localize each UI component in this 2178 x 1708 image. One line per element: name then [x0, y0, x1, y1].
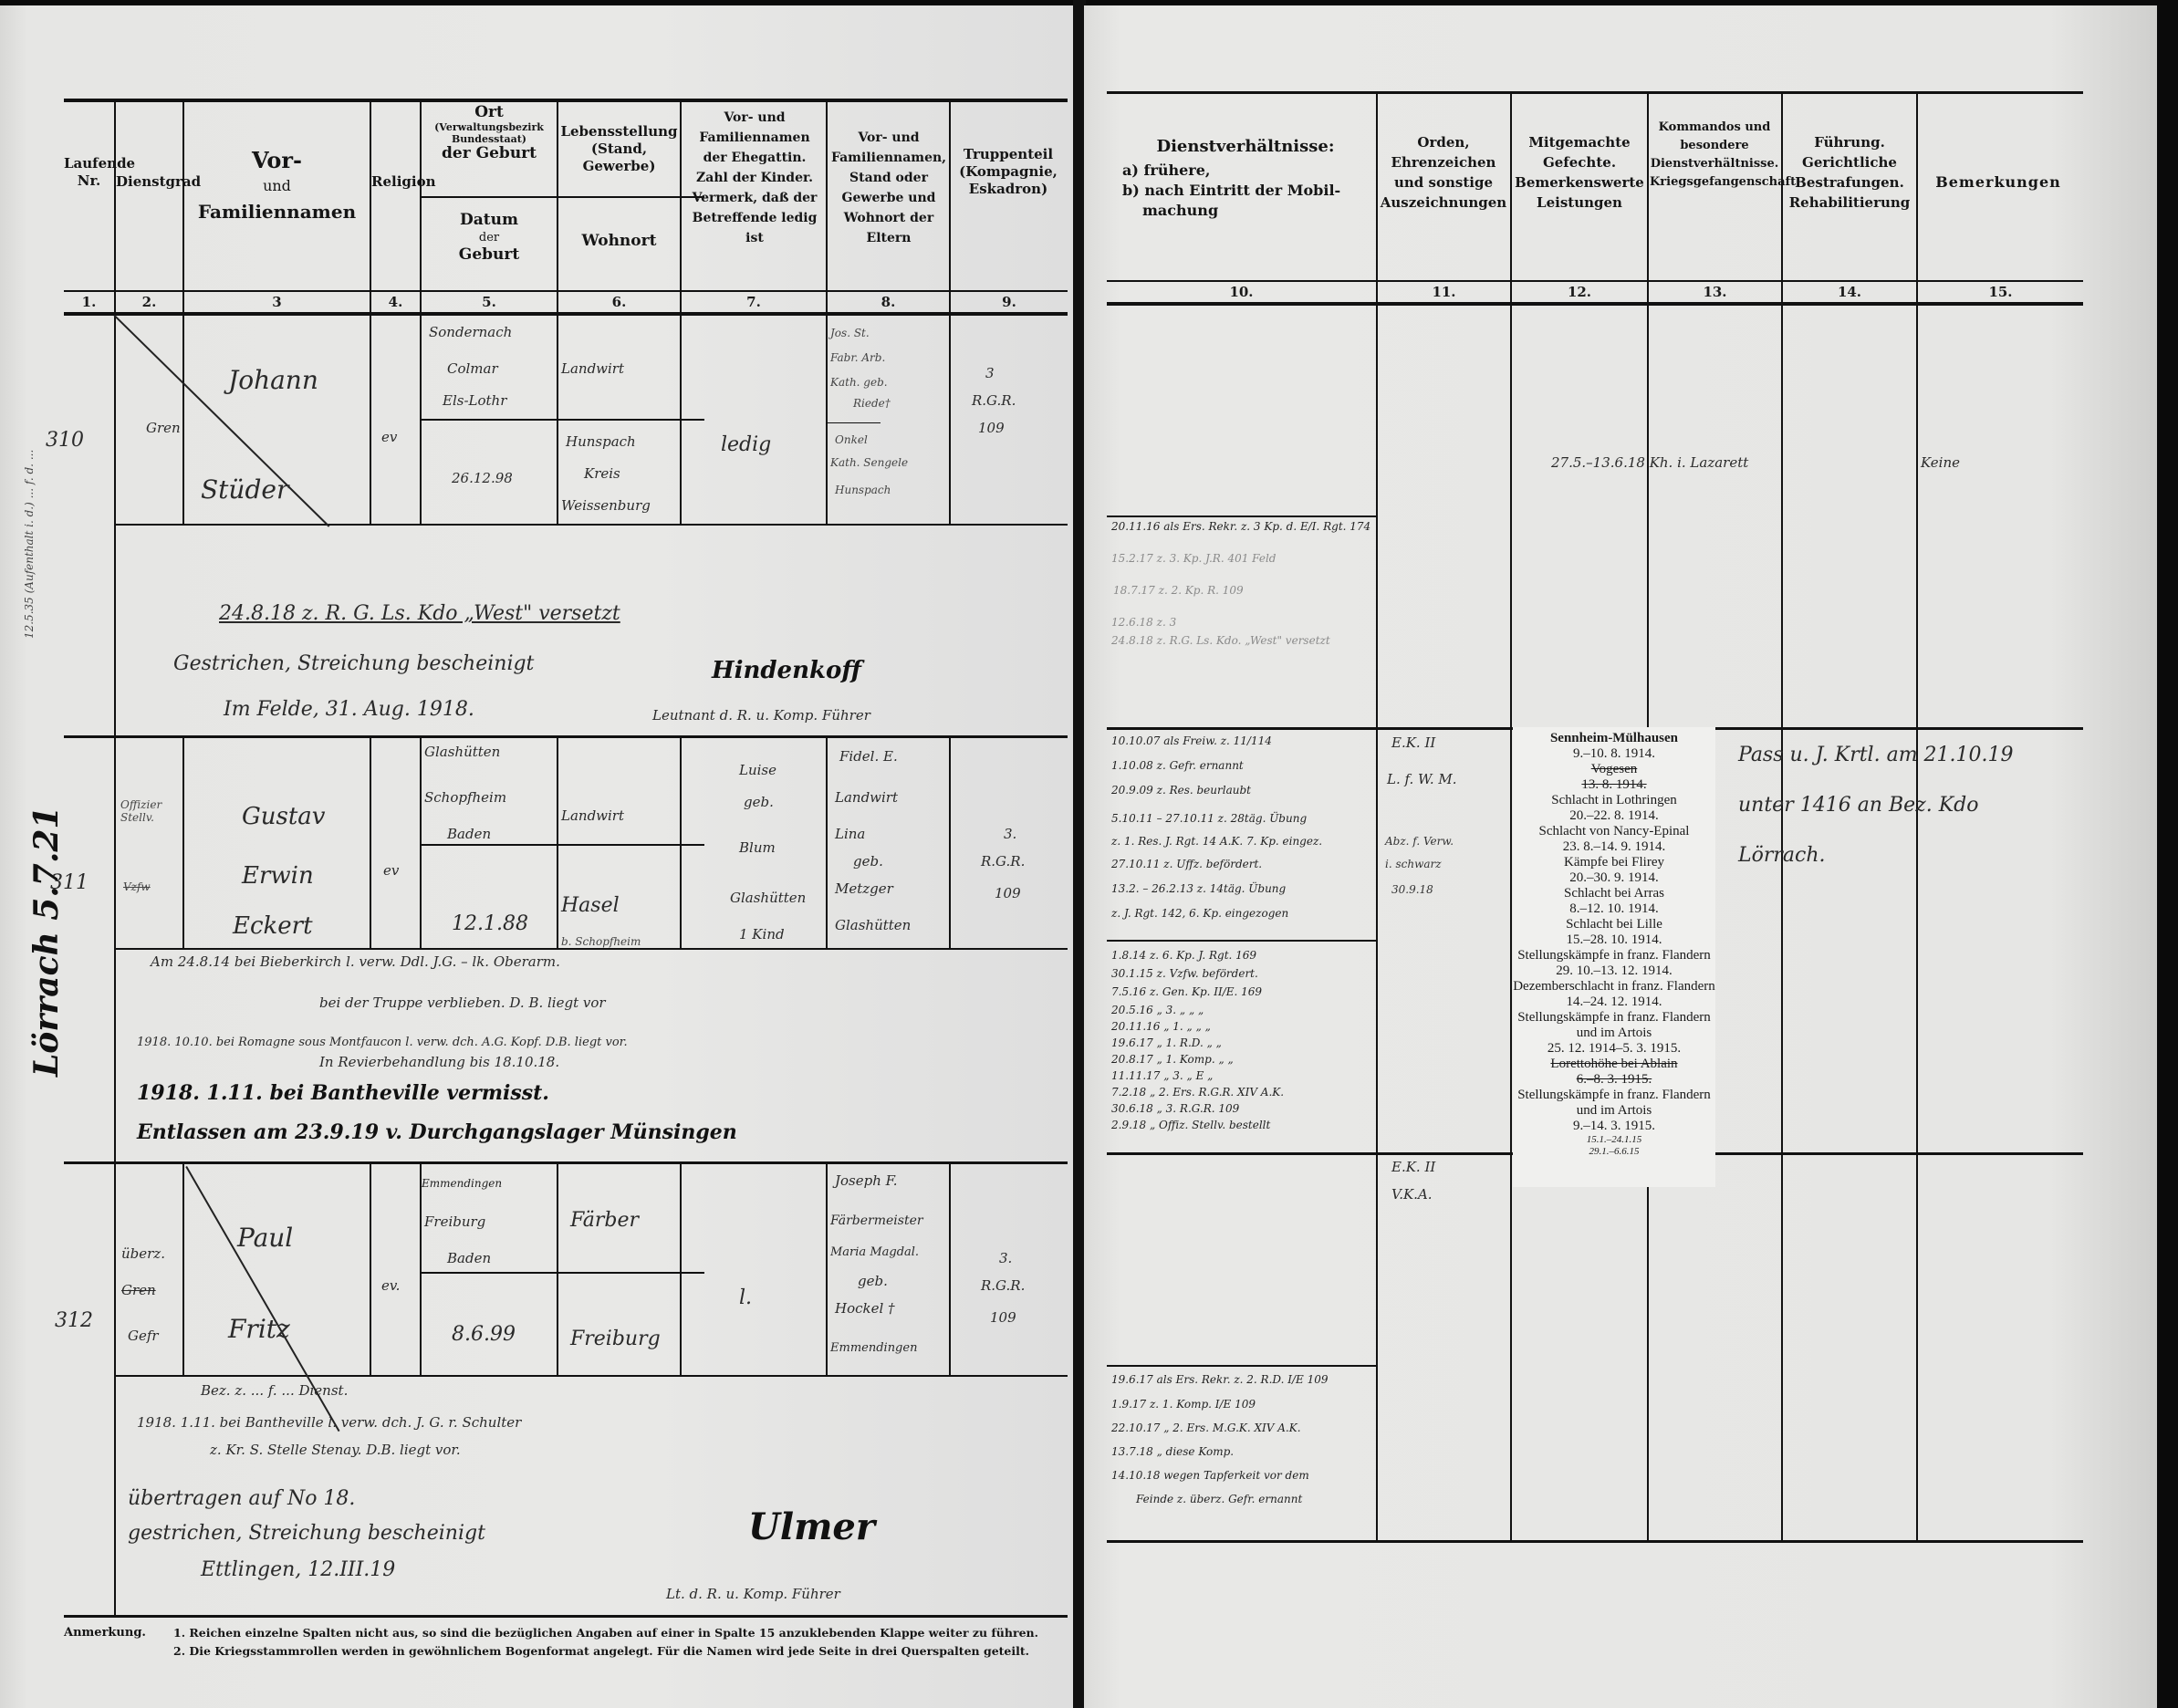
row1-sub-rule [420, 419, 704, 421]
entry-311-last-name: Eckert [233, 912, 313, 940]
r1-col2 [182, 314, 184, 526]
r1-col3 [370, 314, 371, 526]
r312-service-2: 1.9.17 z. 1. Komp. I/E 109 [1111, 1398, 1256, 1411]
entry-310-birth-date: 26.12.98 [452, 470, 513, 486]
r311-service-7: 13.2. – 26.2.13 z. 14täg. Übung [1111, 882, 1286, 895]
colnum-9: 9. [951, 294, 1068, 310]
entry-310-remark-1: 24.8.18 z. R. G. Ls. Kdo „West" versetzt [219, 602, 620, 625]
r2-col8 [949, 738, 951, 950]
entry-311-parents-2: Landwirt [835, 789, 898, 806]
colnum-8: 8. [828, 294, 949, 310]
entry-312-birthplace-3: Baden [447, 1250, 491, 1266]
row1-inner-rule [114, 524, 1068, 526]
entry-311-parents-1: Fidel. E. [839, 748, 898, 765]
r2-col3 [370, 738, 371, 950]
header-split-rule [420, 196, 704, 198]
r1-col6 [680, 314, 682, 526]
entry-312-parents-4: geb. [858, 1273, 888, 1289]
r1-col7 [826, 314, 828, 526]
r311-decoration-5: 30.9.18 [1391, 883, 1433, 896]
right-top-rule [1107, 91, 2083, 94]
entry-312-remark-5: gestrichen, Streichung bescheinigt [128, 1522, 485, 1545]
entry-310-remark-2: Gestrichen, Streichung bescheinigt [173, 652, 534, 675]
colnum-13: 13. [1649, 284, 1781, 300]
entry-312-first-name: Paul [237, 1223, 293, 1253]
footnote-label: Anmerkung. [64, 1624, 146, 1642]
entry-312-unit-1: 3. [999, 1250, 1012, 1266]
entry-312-occupation: Färber [570, 1209, 639, 1232]
header-col6-top: Lebensstellung (Stand, Gewerbe) [558, 123, 680, 175]
colnum-11: 11. [1378, 284, 1510, 300]
r312-service-4: 13.7.18 „ diese Komp. [1111, 1445, 1234, 1458]
entry-312-parents-3: Maria Magdal. [830, 1245, 919, 1259]
left-num-rule [64, 290, 1068, 292]
entry-310-parents-7: Hunspach [835, 484, 891, 496]
r312-service-3: 22.10.17 „ 2. Ers. M.G.K. XIV A.K. [1111, 1422, 1301, 1434]
r312-service-1: 19.6.17 als Ers. Rekr. z. 2. R.D. I/E 10… [1111, 1373, 1328, 1386]
r2-col2 [182, 738, 184, 950]
colnum-1: 1. [64, 294, 114, 310]
entry-310-unit-2: R.G.R. [972, 392, 1016, 409]
r310-service-2: 15.2.17 z. 3. Kp. J.R. 401 Feld [1111, 552, 1276, 565]
entry-310-rank: Gren [146, 420, 181, 436]
entry-310-remark-3: Im Felde, 31. Aug. 1918. [224, 698, 474, 721]
entry-311-parents-4: geb. [853, 853, 883, 870]
r311-remark-col15-3: Lörrach. [1738, 844, 1826, 867]
entry-310-residence-3: Weissenburg [561, 497, 651, 514]
colnum-5: 5. [422, 294, 557, 310]
entry-311-spouse-2: geb. [744, 794, 774, 810]
entry-310-parents-2: Fabr. Arb. [830, 351, 885, 364]
entry-312-signature: Ulmer [748, 1505, 875, 1548]
right-bottom-rule [1107, 1540, 2083, 1543]
entry-310-parents-6: Kath. Sengele [830, 456, 908, 469]
entry-310-parents-1: Jos. St. [830, 327, 870, 339]
entry-310-parents-4: Riede† [853, 397, 891, 410]
entry-310-unit-1: 3 [985, 365, 995, 381]
r310-commands: 27.5.–13.6.18 Kh. i. Lazarett [1551, 454, 1748, 471]
header-col7: Vor- und Familiennamen der Ehegattin. Za… [686, 108, 823, 248]
col-line-7h [826, 99, 828, 314]
r311-remark-col15-1: Pass u. J. Krtl. am 21.10.19 [1738, 744, 2014, 766]
colnum-12: 12. [1512, 284, 1647, 300]
entry-310-parents-3: Kath. geb. [830, 376, 888, 389]
r-col-line-11 [1510, 91, 1512, 1542]
col-line-3h [370, 99, 371, 314]
r-col-line-14 [1916, 91, 1918, 1542]
r1-col8 [949, 314, 951, 526]
entry-311-remark-3: 1918. 10.10. bei Romagne sous Montfaucon… [137, 1036, 628, 1049]
entry-310-occupation: Landwirt [561, 360, 624, 377]
r310-service-1: 20.11.16 als Ers. Rekr. z. 3 Kp. d. E/I.… [1111, 520, 1370, 533]
header-col9: Truppenteil (Kompagnie, Eskadron) [954, 146, 1063, 198]
entry-310-birthplace-2: Colmar [447, 360, 498, 377]
r311-service-b-7: 20.8.17 „ 1. Komp. „ „ [1111, 1053, 1234, 1066]
header-col14: Führung. Gerichtliche Bestrafungen. Reha… [1785, 132, 1914, 213]
entry-312-parents-6: Emmendingen [830, 1341, 917, 1355]
colnum-6: 6. [558, 294, 680, 310]
r3-col7 [826, 1164, 828, 1377]
entry-311-birthplace-1: Glashütten [424, 744, 500, 760]
header-col11: Orden, Ehrenzeichen und sonstige Auszeic… [1380, 132, 1507, 213]
r311-service-b-10: 30.6.18 „ 3. R.G.R. 109 [1111, 1102, 1239, 1115]
entry-310-residence-1: Hunspach [566, 433, 636, 450]
r-row3-inner-rule [1107, 1365, 1376, 1367]
entry-312-rank-2: Gren [121, 1282, 156, 1298]
r310-conduct: Keine [1921, 454, 1960, 471]
r311-service-4: 5.10.11 – 27.10.11 z. 28täg. Übung [1111, 812, 1307, 825]
entry-312-remark-6: Ettlingen, 12.III.19 [201, 1558, 395, 1581]
right-header-bottom-rule [1107, 302, 2083, 306]
header-col5-top: Ort (Verwaltungsbezirk Bundesstaat) der … [422, 104, 557, 162]
r312-service-5: 14.10.18 wegen Tapferkeit vor dem [1111, 1469, 1309, 1482]
entry-311-remark-2: bei der Truppe verblieben. D. B. liegt v… [319, 995, 606, 1011]
colnum-4: 4. [371, 294, 420, 310]
entry-311-unit-1: 3. [1004, 826, 1016, 842]
entry-311-birthplace-2: Schopfheim [424, 789, 506, 806]
entry-310-last-name: Stüder [201, 474, 288, 505]
row1-bottom-rule [64, 735, 1068, 738]
entry-311-parents-6: Glashütten [835, 917, 911, 933]
entry-311-rank-struck: Vzfw [123, 880, 151, 893]
r311-service-b-2: 30.1.15 z. Vzfw. befördert. [1111, 967, 1258, 980]
entry-312-parents-2: Färbermeister [830, 1213, 923, 1228]
colnum-10: 10. [1107, 284, 1376, 300]
entry-310-margin-note: 12.5.35 (Aufenthalt i. d.) ... f. d. ... [23, 450, 36, 639]
entry-311-residence-1: Hasel [561, 894, 620, 917]
r-col-line-13 [1781, 91, 1783, 1542]
entry-311-spouse-4: Glashütten [730, 890, 806, 906]
entry-311-remark-6: Entlassen am 23.9.19 v. Durchgangslager … [137, 1120, 737, 1144]
header-col4: Religion [371, 173, 420, 191]
entry-312-parents-5: Hockel † [835, 1300, 895, 1317]
entry-312-remark-4: übertragen auf No 18. [128, 1487, 355, 1510]
entry-310-birthplace-3: Els-Lothr [443, 392, 506, 409]
r310-service-3: 18.7.17 z. 2. Kp. R. 109 [1113, 584, 1244, 597]
entry-311-first-name: Gustav [242, 803, 326, 830]
r3-col3 [370, 1164, 371, 1377]
header-col8: Vor- und Familiennamen, Stand oder Gewer… [830, 128, 947, 248]
row3-inner-rule [114, 1375, 1068, 1377]
row1-parents-rule [826, 422, 881, 423]
r3-col8 [949, 1164, 951, 1377]
r311-service-b-1: 1.8.14 z. 6. Kp. J. Rgt. 169 [1111, 949, 1256, 962]
battles-clipping: Sennheim-Mülhausen 9.–10. 8. 1914. Voges… [1513, 727, 1715, 1187]
r311-service-b-9: 7.2.18 „ 2. Ers. R.G.R. XIV A.K. [1111, 1086, 1284, 1099]
entry-311-remark-5: 1918. 1.11. bei Bantheville vermisst. [137, 1081, 549, 1105]
entry-312-rank-1: überz. [121, 1245, 165, 1262]
entry-311-unit-2: R.G.R. [981, 853, 1025, 870]
entry-311-occupation: Landwirt [561, 807, 624, 824]
row2-inner-rule [114, 948, 1068, 950]
r311-service-6: 27.10.11 z. Uffz. befördert. [1111, 858, 1262, 870]
entry-312-signature-title: Lt. d. R. u. Komp. Führer [666, 1586, 840, 1602]
r2-col6 [680, 738, 682, 950]
entry-310-signature: Hindenkoff [712, 657, 861, 684]
entry-312-birth-date: 8.6.99 [452, 1323, 516, 1346]
entry-312-last-name: Fritz [228, 1314, 290, 1344]
footnote-line-2: 2. Die Kriegsstammrollen werden in gewöh… [173, 1642, 1029, 1661]
r311-service-2: 1.10.08 z. Gefr. ernannt [1111, 759, 1244, 772]
entry-312-remark-2: 1918. 1.11. bei Bantheville l. verw. dch… [137, 1414, 521, 1431]
r310-service-4: 12.6.18 z. 3 [1111, 616, 1176, 629]
entry-311-spouse-1: Luise [739, 762, 776, 778]
entry-312-birthplace-1: Emmendingen [422, 1177, 502, 1190]
r1-col5 [557, 314, 558, 526]
r3-col4 [420, 1164, 422, 1377]
entry-312-residence: Freiburg [570, 1328, 661, 1350]
header-col3: Vor- und Familiennamen [184, 146, 370, 226]
r-col-line-10 [1376, 91, 1378, 1542]
entry-310-religion: ev [381, 429, 397, 445]
entry-312-spouse: l. [739, 1286, 752, 1309]
col-line-8h [949, 99, 951, 314]
entry-310-spouse: ledig [721, 433, 771, 456]
r3-col6 [680, 1164, 682, 1377]
entry-312-rank-3: Gefr [128, 1328, 159, 1344]
entry-312-remark-3: z. Kr. S. Stelle Stenay. D.B. liegt vor. [210, 1442, 461, 1458]
r2-col5 [557, 738, 558, 950]
entry-311-remark-4: In Revierbehandlung bis 18.10.18. [319, 1054, 559, 1070]
entry-310-birthplace-1: Sondernach [429, 324, 512, 340]
left-bottom-rule [64, 1615, 1068, 1618]
entry-310-first-name: Johann [228, 365, 318, 395]
entry-311-birthplace-3: Baden [447, 826, 491, 842]
r311-decoration-4: i. schwarz [1385, 858, 1442, 870]
entry-312-nr: 312 [55, 1309, 93, 1332]
header-col10: Dienstverhältnisse: a) frühere, b) nach … [1122, 137, 1369, 221]
r311-service-3: 20.9.09 z. Res. beurlaubt [1111, 784, 1251, 797]
entry-312-unit-3: 109 [990, 1309, 1016, 1326]
left-header-bottom-rule [64, 312, 1068, 316]
r3-col5 [557, 1164, 558, 1377]
r311-service-b-11: 2.9.18 „ Offiz. Stellv. bestellt [1111, 1119, 1270, 1131]
r311-service-b-6: 19.6.17 „ 1. R.D. „ „ [1111, 1036, 1222, 1049]
colnum-7: 7. [682, 294, 826, 310]
entry-312-birthplace-2: Freiburg [424, 1213, 485, 1230]
entry-311-middle-name: Erwin [242, 862, 314, 890]
entry-312-parents-1: Joseph F. [835, 1172, 898, 1189]
footnote-line-1: 1. Reichen einzelne Spalten nicht aus, s… [173, 1624, 1038, 1642]
entry-310-nr: 310 [46, 429, 84, 452]
colnum-15: 15. [1918, 284, 2083, 300]
r310-service-5: 24.8.18 z. R.G. Ls. Kdo. „West" versetzt [1111, 634, 1330, 647]
entry-312-remark-1: Bez. z. ... f. ... Dienst. [201, 1382, 348, 1399]
header-col15: Bemerkungen [1921, 173, 2076, 191]
r-row1-inner-rule [1107, 516, 1376, 517]
r312-decoration-1: E.K. II [1391, 1159, 1435, 1175]
entry-311-parents-3: Lina [835, 826, 865, 842]
entry-311-religion: ev [383, 862, 399, 879]
r1-col4 [420, 314, 422, 526]
r2-col7 [826, 738, 828, 950]
r311-service-b-4: 20.5.16 „ 3. „ „ „ [1111, 1004, 1204, 1016]
r3-col2 [182, 1164, 184, 1377]
header-col5-bottom: Datum der Geburt [422, 212, 557, 264]
entry-311-margin-note: Lörrach 5.7.21 [27, 807, 66, 1077]
row2-sub-rule [420, 844, 704, 846]
entry-310-signature-title: Leutnant d. R. u. Komp. Führer [652, 707, 870, 724]
col-line-1 [114, 99, 116, 1618]
colnum-3: 3 [184, 294, 370, 310]
header-col2: Dienstgrad [116, 173, 182, 191]
entry-311-birth-date: 12.1.88 [452, 912, 528, 935]
r311-service-8: z. J. Rgt. 142, 6. Kp. eingezogen [1111, 907, 1288, 920]
entry-311-remark-1: Am 24.8.14 bei Bieberkirch l. verw. Ddl.… [151, 953, 560, 970]
r311-decoration-1: E.K. II [1391, 734, 1435, 751]
entry-310-residence-2: Kreis [584, 465, 620, 482]
r311-remark-col15-2: unter 1416 an Bez. Kdo [1738, 794, 1979, 817]
entry-311-spouse-5: 1 Kind [739, 926, 785, 943]
r311-service-b-3: 7.5.16 z. Gen. Kp. II/E. 169 [1111, 985, 1262, 998]
r-row2-inner-rule [1107, 940, 1376, 942]
header-col13: Kommandos und besondere Dienstverhältnis… [1650, 119, 1779, 192]
col-line-6h [680, 99, 682, 314]
left-top-rule [64, 99, 1068, 102]
r312-decoration-2: V.K.A. [1391, 1186, 1433, 1203]
header-col1: Laufende Nr. [64, 155, 114, 190]
r311-service-b-8: 11.11.17 „ 3. „ E „ [1111, 1069, 1213, 1082]
entry-311-spouse-3: Blum [739, 839, 776, 856]
entry-311-residence-2: b. Schopfheim [561, 935, 641, 948]
entry-311-parents-5: Metzger [835, 880, 893, 897]
entry-311-unit-3: 109 [995, 885, 1021, 901]
r311-service-5: z. 1. Res. J. Rgt. 14 A.K. 7. Kp. eingez… [1111, 835, 1322, 848]
entry-311-rank: Offizier Stellv. [120, 798, 180, 824]
r312-service-6: Feinde z. überz. Gefr. ernannt [1136, 1493, 1302, 1505]
header-col12: Mitgemachte Gefechte. Bemerkenswerte Lei… [1515, 132, 1644, 213]
header-col6-bottom: Wohnort [558, 233, 680, 250]
r311-decoration-2: L. f. W. M. [1387, 771, 1457, 787]
r311-service-b-5: 20.11.16 „ 1. „ „ „ [1111, 1020, 1211, 1033]
r311-service-1: 10.10.07 als Freiw. z. 11/114 [1111, 734, 1272, 747]
colnum-2: 2. [116, 294, 182, 310]
row2-bottom-rule [64, 1161, 1068, 1164]
r311-decoration-3: Abz. f. Verw. [1385, 835, 1454, 848]
entry-310-unit-3: 109 [978, 420, 1005, 436]
r2-col4 [420, 738, 422, 950]
row3-sub-rule [420, 1272, 704, 1274]
entry-310-parents-5: Onkel [835, 433, 868, 446]
entry-312-unit-2: R.G.R. [981, 1277, 1025, 1294]
colnum-14: 14. [1783, 284, 1916, 300]
right-num-rule [1107, 280, 2083, 282]
entry-312-religion: ev. [381, 1277, 400, 1294]
